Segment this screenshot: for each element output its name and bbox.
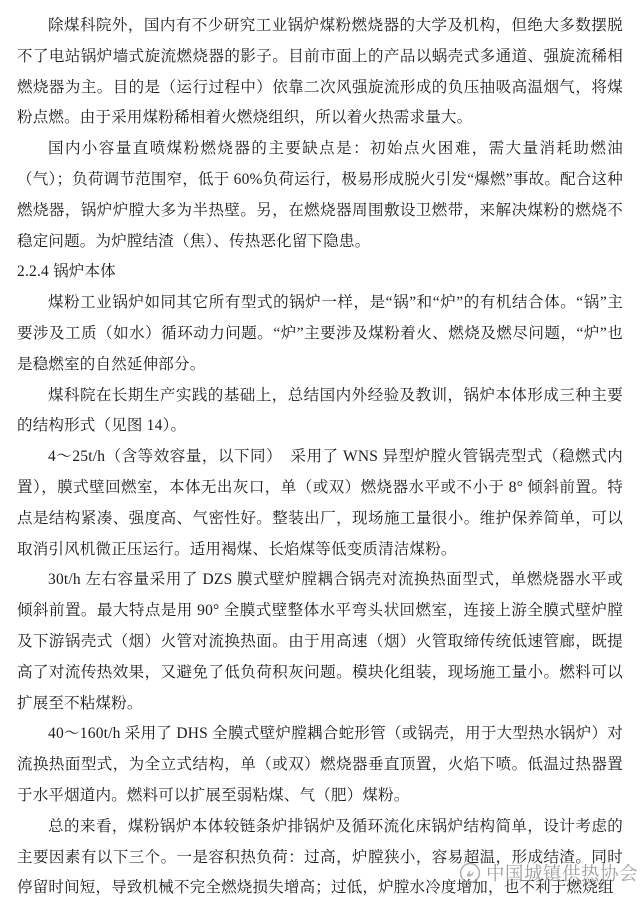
paragraph: 煤粉工业锅炉如同其它所有型式的锅炉一样，是“锅”和“炉”的有机结合体。“锅”主要… xyxy=(17,288,623,380)
document-page: 除煤科院外，国内有不少研究工业锅炉煤粉燃烧器的大学及机构，但绝大多数摆脱不了电站… xyxy=(0,0,640,905)
paragraph: 4～25t/h（含等效容量，以下同） 采用了 WNS 异型炉膛火管锅壳型式（稳燃… xyxy=(17,442,623,565)
paragraph: 总的来看，煤粉锅炉本体较链条炉排锅炉及循环流化床锅炉结构简单，设计考虑的主要因素… xyxy=(17,812,623,904)
paragraph: 除煤科院外，国内有不少研究工业锅炉煤粉燃烧器的大学及机构，但绝大多数摆脱不了电站… xyxy=(17,11,623,134)
section-heading: 2.2.4 锅炉本体 xyxy=(17,257,623,288)
paragraph: 40～160t/h 采用了 DHS 全膜式壁炉膛耦合蛇形管（或锅壳，用于大型热水… xyxy=(17,719,623,811)
paragraph: 30t/h 左右容量采用了 DZS 膜式壁炉膛耦合锅壳对流换热面型式，单燃烧器水… xyxy=(17,565,623,719)
paragraph: 煤科院在长期生产实践的基础上，总结国内外经验及教训，锅炉本体形成三种主要的结构形… xyxy=(17,381,623,443)
document-body: 除煤科院外，国内有不少研究工业锅炉煤粉燃烧器的大学及机构，但绝大多数摆脱不了电站… xyxy=(17,11,623,904)
paragraph: 国内小容量直喷煤粉燃烧器的主要缺点是：初始点火困难，需大量消耗助燃油（气）；负荷… xyxy=(17,134,623,257)
